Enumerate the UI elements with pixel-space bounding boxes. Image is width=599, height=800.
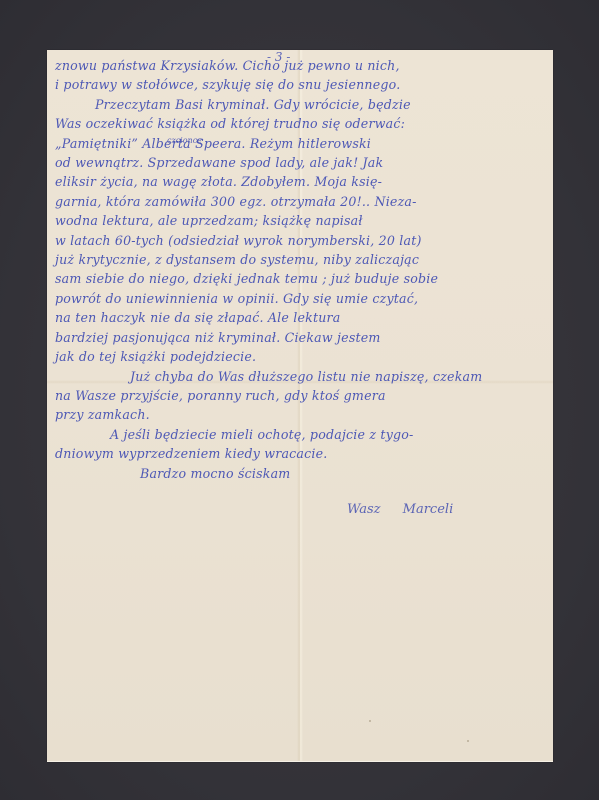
letter-line: eliksir życia, na wagę złota. Zdobyłem. … <box>55 172 547 191</box>
letter-line: i potrawy w stołówce, szykuję się do snu… <box>55 75 547 94</box>
letter-line: wodna lektura, ale uprzedzam; książkę na… <box>55 211 547 230</box>
letter-body: znowu państwa Krzysiaków. Cicho już pewn… <box>55 56 547 483</box>
letter-line: bardziej pasjonująca niż kryminał. Cieka… <box>55 328 547 347</box>
letter-line: znowu państwa Krzysiaków. Cicho już pewn… <box>55 56 547 75</box>
letter-line: przy zamkach. <box>55 405 547 424</box>
signature-closing: Wasz <box>347 502 381 517</box>
letter-line: „Pamiętniki” Alberta Speera. Reżym hitle… <box>55 134 547 153</box>
letter-line: już krytycznie, z dystansem do systemu, … <box>55 250 547 269</box>
letter-line: na Wasze przyjście, poranny ruch, gdy kt… <box>55 386 547 405</box>
letter-line: w latach 60-tych (odsiedział wyrok norym… <box>55 231 547 250</box>
letter-line: Już chyba do Was dłuższego listu nie nap… <box>55 367 547 386</box>
closing-line: Bardzo mocno ściskam <box>55 464 547 483</box>
signature-name: Marceli <box>403 502 454 517</box>
letter-line: garnia, która zamówiła 300 egz. otrzymał… <box>55 192 547 211</box>
letter-line: sam siebie do niego, dzięki jednak temu … <box>55 269 547 288</box>
letter-line: jak do tej książki podejdziecie. <box>55 347 547 366</box>
signature: Wasz Marceli <box>347 502 471 517</box>
letter-line: Was oczekiwać książka od której trudno s… <box>55 114 547 133</box>
letter-line: powrót do uniewinnienia w opinii. Gdy si… <box>55 289 547 308</box>
letter-line: Przeczytam Basi kryminał. Gdy wrócicie, … <box>55 95 547 114</box>
letter-line: od wewnątrz. Sprzedawane spod lady, ale … <box>55 153 547 172</box>
letter-page: - 3 - czcionce znowu państwa Krzysiaków.… <box>47 50 553 762</box>
letter-line: A jeśli będziecie mieli ochotę, podajcie… <box>55 425 547 444</box>
letter-line: dniowym wyprzedzeniem kiedy wracacie. <box>55 444 547 463</box>
paper-speck <box>369 720 371 722</box>
letter-line: na ten haczyk nie da się złapać. Ale lek… <box>55 308 547 327</box>
paper-speck <box>467 740 469 742</box>
